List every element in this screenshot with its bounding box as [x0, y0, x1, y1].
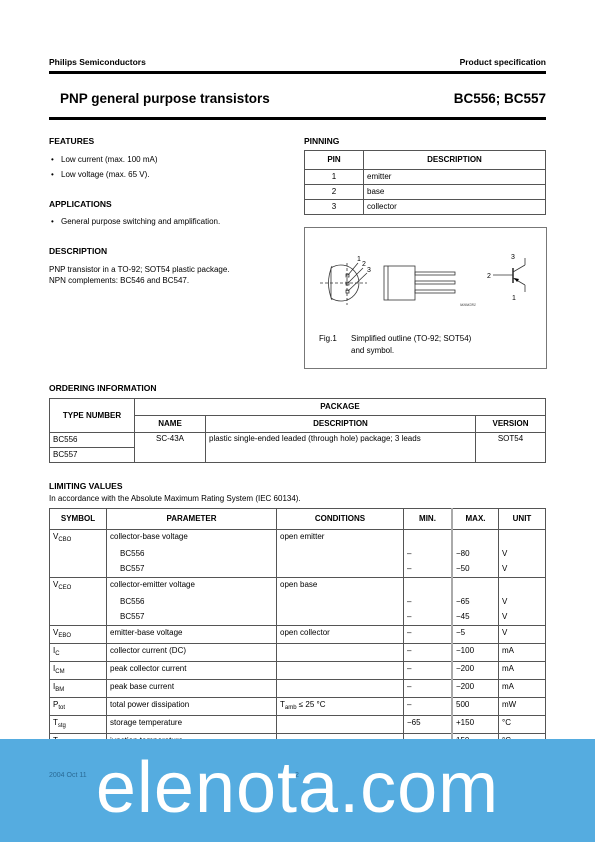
limiting-values-table: SYMBOL PARAMETER CONDITIONS MIN. MAX. UN…: [49, 508, 546, 770]
package-outline-diagram: 1 2 3 3 2 1 MAM281: [305, 228, 546, 368]
pin-description: emitter: [364, 170, 546, 185]
conditions: [277, 680, 404, 698]
symbol-pin-2: 2: [487, 273, 491, 280]
table-row: VCEO collector-emitter voltage open base: [50, 578, 546, 596]
doc-type: Product specification: [460, 57, 546, 67]
table-row: 1 emitter: [305, 170, 546, 185]
table-row: BC556 – −80 V: [50, 547, 546, 562]
applications-list: General purpose switching and amplificat…: [51, 214, 220, 229]
parameter: emitter-base voltage: [107, 626, 277, 644]
min-value: –: [404, 680, 453, 698]
parameter: peak base current: [107, 680, 277, 698]
min-value: –: [404, 610, 453, 626]
col-header: PACKAGE: [135, 399, 546, 416]
figure-label: Fig.1: [319, 333, 337, 344]
table-row: 3 collector: [305, 200, 546, 215]
table-row: BC557 – −45 V: [50, 610, 546, 626]
list-item: Low voltage (max. 65 V).: [51, 167, 157, 182]
pin-number: 1: [305, 170, 364, 185]
figure-caption: Simplified outline (TO-92; SOT54): [351, 333, 471, 344]
ordering-table: TYPE NUMBER PACKAGE NAME DESCRIPTION VER…: [49, 398, 546, 463]
part-numbers: BC556; BC557: [454, 91, 546, 106]
symbol: IBM: [50, 680, 107, 698]
unit: mA: [499, 644, 546, 662]
conditions: [277, 662, 404, 680]
col-header: PIN: [305, 151, 364, 170]
max-value: −100: [452, 644, 499, 662]
min-value: –: [404, 698, 453, 716]
min-value: –: [404, 626, 453, 644]
conditions: open collector: [277, 626, 404, 644]
pin-description: collector: [364, 200, 546, 215]
max-value: −80: [452, 547, 499, 562]
pin-number: 3: [305, 200, 364, 215]
figure-code: MAM281: [460, 302, 476, 307]
unit: V: [499, 595, 546, 610]
col-header: DESCRIPTION: [364, 151, 546, 170]
title-rule: [49, 117, 546, 120]
pin-description: base: [364, 185, 546, 200]
table-row: Ptot total power dissipation Tamb ≤ 25 °…: [50, 698, 546, 716]
figure-box: 1 2 3 3 2 1 MAM281 Fig.1 Simplified outl…: [304, 227, 547, 369]
unit: V: [499, 547, 546, 562]
description-heading: DESCRIPTION: [49, 246, 107, 256]
min-value: –: [404, 595, 453, 610]
table-row: BC556 – −65 V: [50, 595, 546, 610]
limiting-heading: LIMITING VALUES: [49, 481, 123, 491]
conditions: [277, 644, 404, 662]
table-row: IBM peak base current – −200 mA: [50, 680, 546, 698]
conditions: open emitter: [277, 530, 404, 548]
max-value: −5: [452, 626, 499, 644]
package-name: SC-43A: [135, 433, 206, 463]
max-value: −50: [452, 562, 499, 578]
sub-type: BC556: [107, 547, 277, 562]
parameter: total power dissipation: [107, 698, 277, 716]
figure-caption-cont: and symbol.: [351, 345, 394, 356]
table-row: IC collector current (DC) – −100 mA: [50, 644, 546, 662]
max-value: 500: [452, 698, 499, 716]
symbol: ICM: [50, 662, 107, 680]
pin-label-2: 2: [362, 261, 366, 268]
table-row: BC557 – −50 V: [50, 562, 546, 578]
parameter: collector-base voltage: [107, 530, 277, 548]
symbol: Tstg: [50, 716, 107, 734]
unit: mA: [499, 662, 546, 680]
symbol: IC: [50, 644, 107, 662]
table-row: VCBO collector-base voltage open emitter: [50, 530, 546, 548]
list-item: General purpose switching and amplificat…: [51, 214, 220, 229]
conditions: open base: [277, 578, 404, 596]
col-header: CONDITIONS: [277, 509, 404, 530]
pin-number: 2: [305, 185, 364, 200]
applications-heading: APPLICATIONS: [49, 199, 112, 209]
package-description: plastic single-ended leaded (through hol…: [206, 433, 476, 463]
max-value: −65: [452, 595, 499, 610]
conditions: [277, 716, 404, 734]
list-item: Low current (max. 100 mA): [51, 152, 157, 167]
header-rule: [49, 71, 546, 74]
symbol-pin-3: 3: [511, 254, 515, 261]
table-row: 2 base: [305, 185, 546, 200]
unit: mW: [499, 698, 546, 716]
col-header: SYMBOL: [50, 509, 107, 530]
pinning-table: PIN DESCRIPTION 1 emitter 2 base 3 colle…: [304, 150, 546, 215]
parameter: collector current (DC): [107, 644, 277, 662]
watermark-text[interactable]: elenota.com: [0, 748, 595, 828]
min-value: –: [404, 662, 453, 680]
unit: °C: [499, 716, 546, 734]
type-number: BC557: [50, 448, 135, 463]
col-header: MAX.: [452, 509, 499, 530]
parameter: peak collector current: [107, 662, 277, 680]
page-title: PNP general purpose transistors: [60, 91, 270, 106]
table-row: ICM peak collector current – −200 mA: [50, 662, 546, 680]
symbol: VEBO: [50, 626, 107, 644]
package-version: SOT54: [476, 433, 546, 463]
limiting-intro: In accordance with the Absolute Maximum …: [49, 493, 301, 504]
min-value: –: [404, 562, 453, 578]
col-header: TYPE NUMBER: [50, 399, 135, 433]
col-header: MIN.: [404, 509, 453, 530]
features-heading: FEATURES: [49, 136, 94, 146]
col-header: PARAMETER: [107, 509, 277, 530]
symbol: VCEO: [50, 578, 107, 596]
table-row: Tstg storage temperature −65 +150 °C: [50, 716, 546, 734]
symbol: VCBO: [50, 530, 107, 548]
description-line: PNP transistor in a TO-92; SOT54 plastic…: [49, 264, 230, 275]
col-header: DESCRIPTION: [206, 416, 476, 433]
pin-label-3: 3: [367, 267, 371, 274]
description-line: NPN complements: BC546 and BC547.: [49, 275, 189, 286]
min-value: −65: [404, 716, 453, 734]
features-list: Low current (max. 100 mA) Low voltage (m…: [51, 152, 157, 182]
sub-type: BC556: [107, 595, 277, 610]
pin-label-1: 1: [357, 256, 361, 263]
max-value: −200: [452, 662, 499, 680]
unit: mA: [499, 680, 546, 698]
unit: V: [499, 610, 546, 626]
conditions: Tamb ≤ 25 °C: [277, 698, 404, 716]
col-header: VERSION: [476, 416, 546, 433]
col-header: NAME: [135, 416, 206, 433]
symbol: Ptot: [50, 698, 107, 716]
company-name: Philips Semiconductors: [49, 57, 146, 67]
col-header: UNIT: [499, 509, 546, 530]
sub-type: BC557: [107, 562, 277, 578]
min-value: –: [404, 547, 453, 562]
max-value: +150: [452, 716, 499, 734]
table-row: BC556 SC-43A plastic single-ended leaded…: [50, 433, 546, 448]
parameter: storage temperature: [107, 716, 277, 734]
unit: V: [499, 562, 546, 578]
type-number: BC556: [50, 433, 135, 448]
max-value: −200: [452, 680, 499, 698]
symbol-pin-1: 1: [512, 295, 516, 302]
unit: V: [499, 626, 546, 644]
ordering-heading: ORDERING INFORMATION: [49, 383, 157, 393]
min-value: –: [404, 644, 453, 662]
sub-type: BC557: [107, 610, 277, 626]
pinning-heading: PINNING: [304, 136, 339, 146]
max-value: −45: [452, 610, 499, 626]
parameter: collector-emitter voltage: [107, 578, 277, 596]
table-row: VEBO emitter-base voltage open collector…: [50, 626, 546, 644]
